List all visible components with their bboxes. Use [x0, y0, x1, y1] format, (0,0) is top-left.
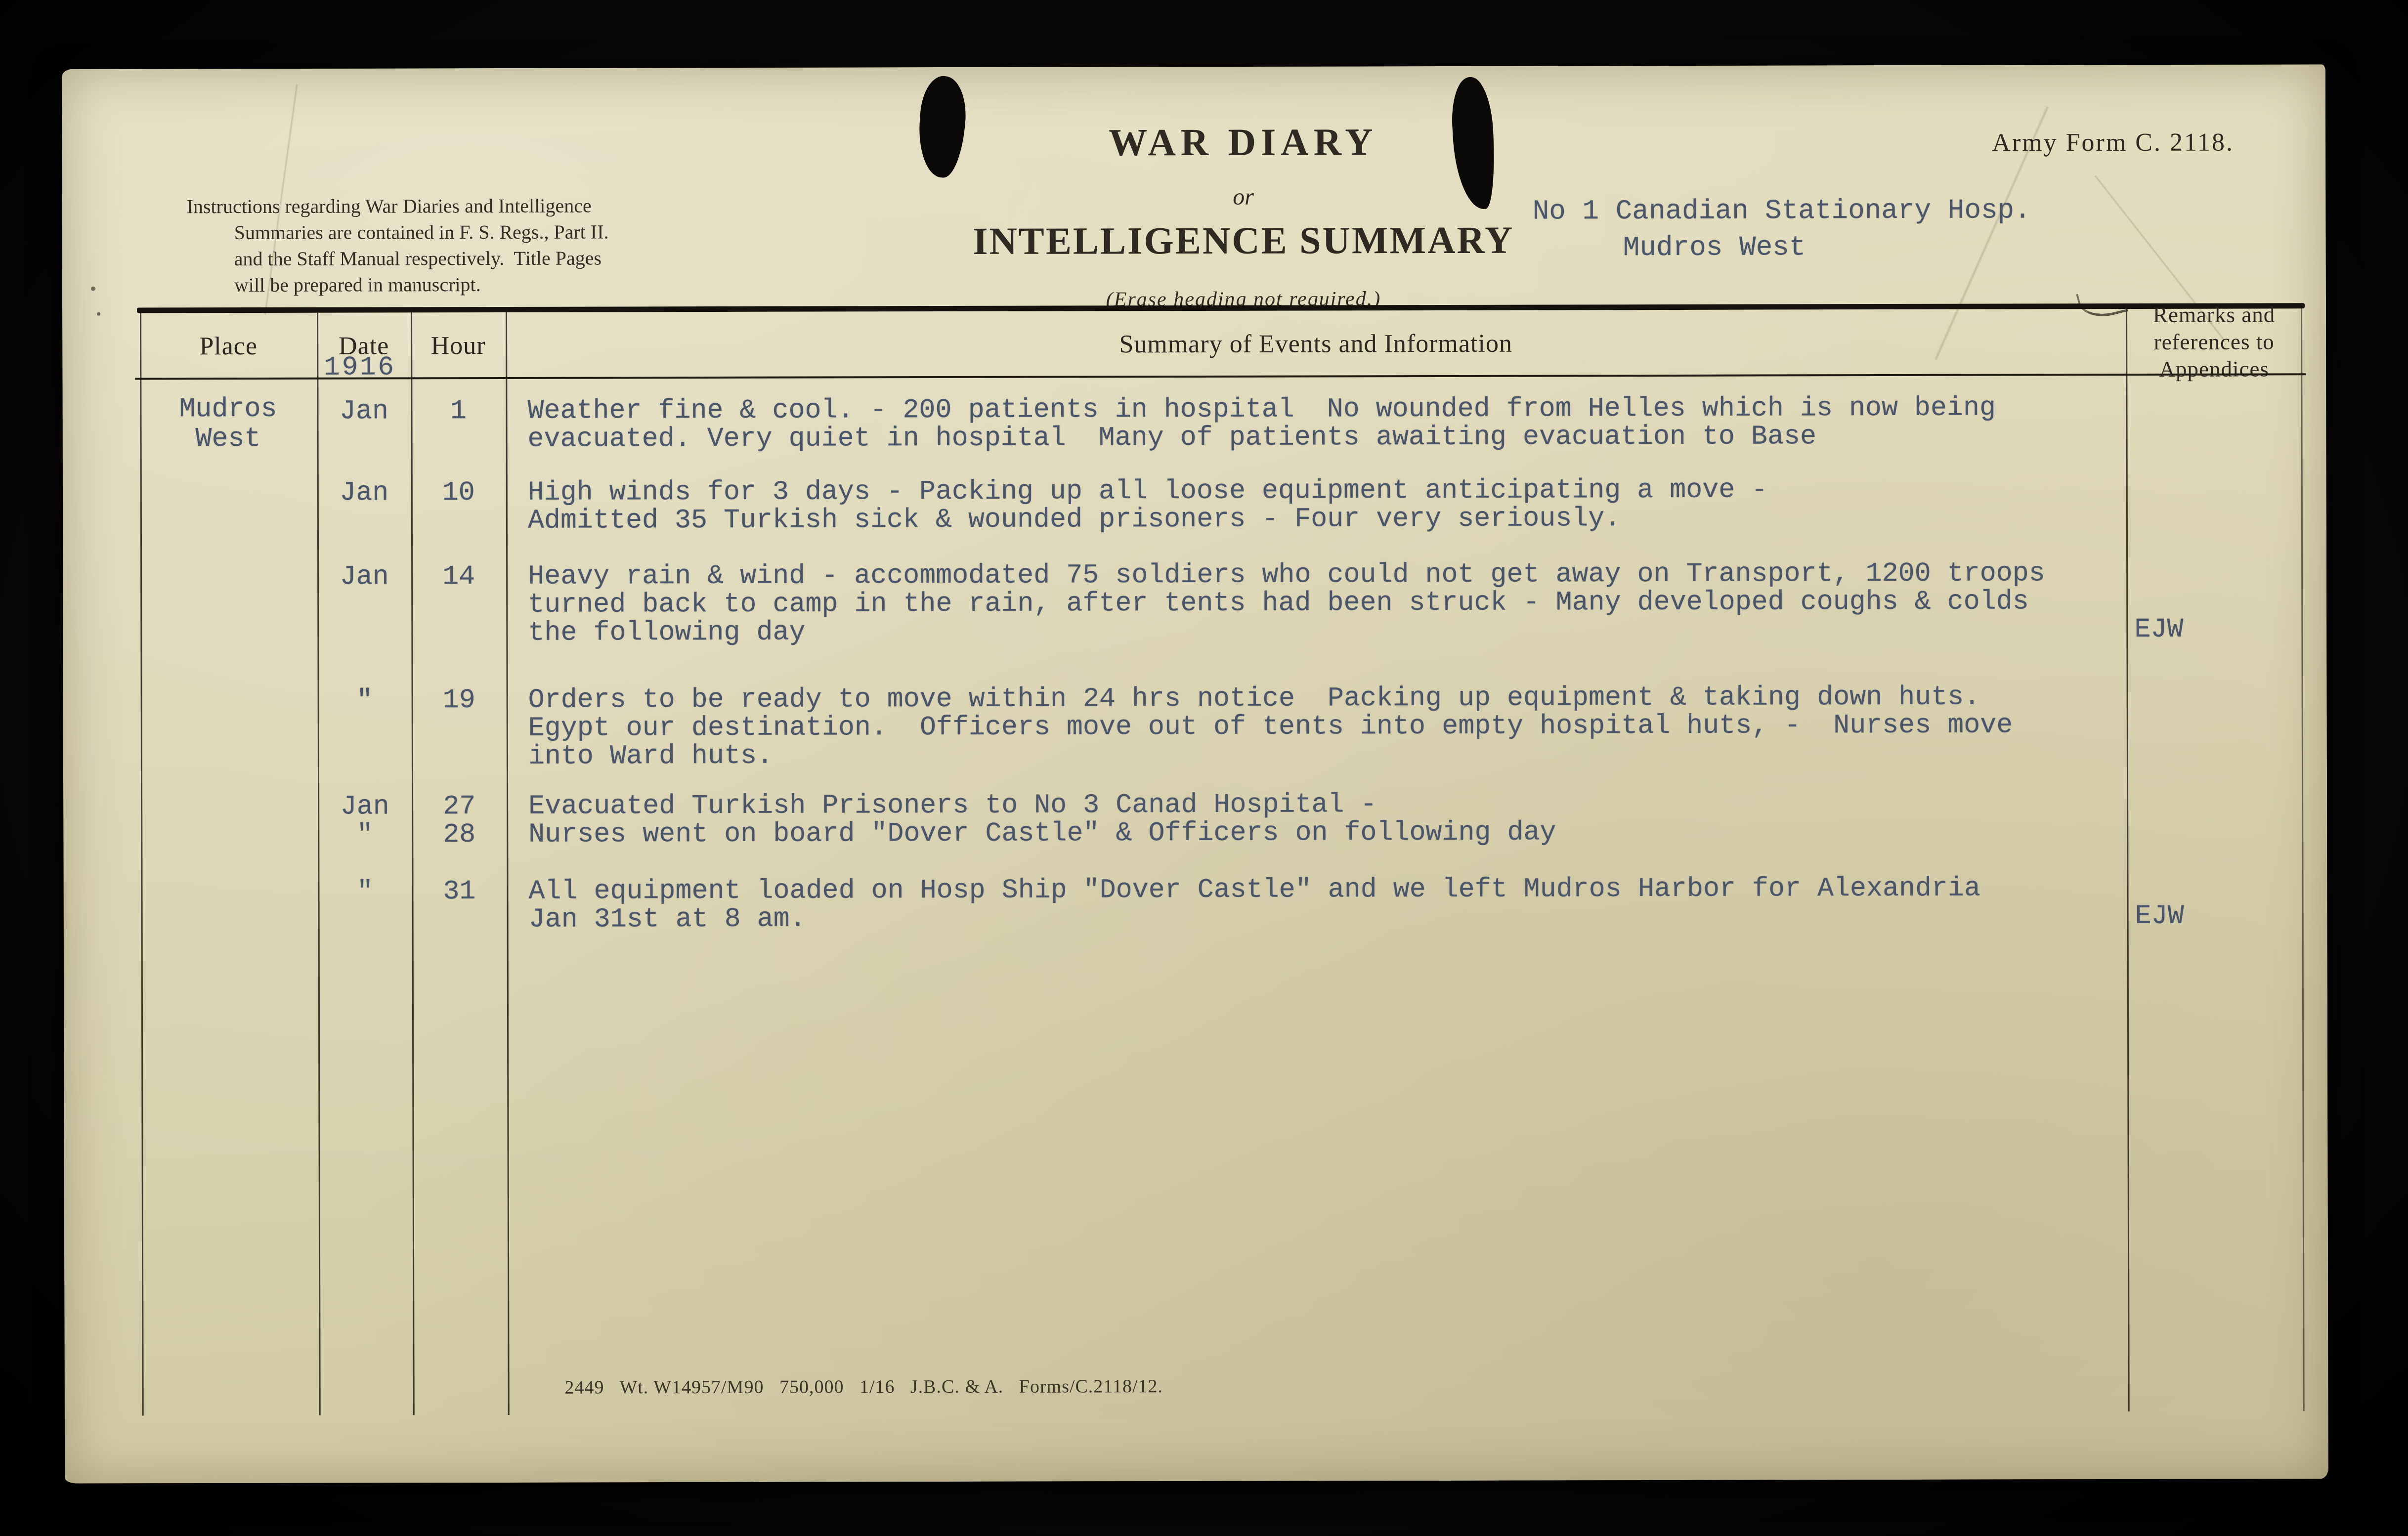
entry-hour: 1: [411, 397, 506, 453]
entry-hour: 31: [412, 877, 507, 934]
summary-line: High winds for 3 days - Packing up all l…: [528, 475, 2126, 507]
entry-date: ": [318, 686, 412, 770]
summary-line: the following day: [528, 615, 2126, 647]
summary-line: Egypt our destination. Officers move out…: [528, 711, 2127, 742]
place-cell: [141, 878, 318, 935]
entry-remark: [2127, 788, 2303, 817]
header-place: Place: [140, 331, 317, 361]
form-subtitle: INTELLIGENCE SUMMARY: [932, 217, 1555, 263]
entry-row: " 31 All equipment loaded on Hosp Ship "…: [141, 873, 2303, 934]
entry-row: Jan 27 Evacuated Turkish Prisoners to No…: [141, 788, 2303, 821]
summary-line: Jan 31st at 8 am.: [529, 902, 2127, 934]
entry-summary: Evacuated Turkish Prisoners to No 3 Cana…: [507, 789, 2127, 820]
entry-summary: Weather fine & cool. - 200 patients in h…: [506, 393, 2126, 453]
header-summary: Summary of Events and Information: [506, 328, 2126, 360]
entry-remark: [2127, 816, 2303, 845]
entry-remark: [2126, 393, 2302, 450]
entry-hour: 28: [412, 820, 507, 849]
instructions-line: will be prepared in manuscript.: [187, 271, 810, 299]
entry-row: Jan 10 High winds for 3 days - Packing u…: [140, 474, 2303, 535]
entry-summary: Orders to be ready to move within 24 hrs…: [507, 683, 2127, 770]
summary-line: evacuated. Very quiet in hospital Many o…: [528, 422, 2126, 453]
entry-remark: EJW: [2126, 558, 2303, 643]
entry-date: Jan: [317, 562, 411, 647]
instructions-block: Instructions regarding War Diaries and I…: [187, 192, 810, 299]
place-cell: [140, 397, 317, 454]
ink-speck: [91, 287, 95, 291]
entry-remark: [2127, 682, 2303, 767]
diary-page: Army Form C. 2118. Instructions regardin…: [62, 64, 2328, 1484]
year-annotation: 1916: [324, 352, 396, 383]
entry-row: Jan 1 Weather fine & cool. - 200 patient…: [140, 393, 2302, 454]
entry-hour: 27: [412, 792, 507, 820]
entry-row: Jan 14 Heavy rain & wind - accommodated …: [140, 558, 2303, 647]
entry-date: ": [318, 820, 412, 849]
summary-line: All equipment loaded on Hosp Ship "Dover…: [528, 874, 2127, 905]
entry-summary: Heavy rain & wind - accommodated 75 sold…: [506, 559, 2126, 647]
entry-hour: 10: [411, 478, 506, 535]
form-title: WAR DIARY: [932, 119, 1554, 165]
entry-hour: 19: [412, 686, 507, 770]
entry-date: Jan: [317, 397, 411, 453]
entry-remark: [2126, 474, 2303, 531]
diary-table: Place Date Hour Summary of Events and In…: [140, 303, 2305, 1415]
entry-remark: EJW: [2127, 873, 2303, 930]
place-cell: [140, 479, 317, 536]
entry-hour: 14: [411, 562, 506, 647]
entry-row: " 19 Orders to be ready to move within 2…: [141, 682, 2303, 771]
army-form-label: Army Form C. 2118.: [1992, 128, 2234, 158]
remarks-header-line: Remarks and: [2126, 301, 2302, 329]
entry-summary: All equipment loaded on Hosp Ship "Dover…: [507, 874, 2127, 934]
summary-line: into Ward huts.: [528, 739, 2127, 770]
place-cell: [140, 563, 317, 648]
summary-line: Weather fine & cool. - 200 patients in h…: [527, 393, 2126, 425]
entry-summary: High winds for 3 days - Packing up all l…: [506, 475, 2126, 535]
place-cell: [141, 821, 318, 850]
entry-row: " 28 Nurses went on board "Dover Castle"…: [141, 816, 2303, 849]
printer-imprint: 2449 Wt. W14957/M90 750,000 1/16 J.B.C. …: [565, 1375, 1163, 1399]
photo-background: Army Form C. 2118. Instructions regardin…: [0, 0, 2408, 1536]
summary-line: turned back to camp in the rain, after t…: [528, 587, 2126, 619]
summary-line: Nurses went on board "Dover Castle" & Of…: [528, 817, 2127, 849]
place-cell: [141, 686, 318, 771]
unit-name: No 1 Canadian Stationary Hosp.: [1533, 194, 2031, 227]
header-remarks: Remarks and references to Appendices: [2126, 301, 2302, 383]
entry-date: Jan: [317, 478, 411, 535]
instructions-line: Instructions regarding War Diaries and I…: [187, 192, 810, 220]
title-block: WAR DIARY or INTELLIGENCE SUMMARY (Erase…: [932, 119, 1555, 312]
table-body: Jan 1 Weather fine & cool. - 200 patient…: [140, 376, 2303, 934]
place-cell: [141, 793, 318, 821]
instructions-line: Summaries are contained in F. S. Regs., …: [187, 218, 810, 246]
instructions-line: and the Staff Manual respectively. Title…: [187, 245, 810, 272]
summary-line: Evacuated Turkish Prisoners to No 3 Cana…: [528, 789, 2127, 820]
title-conjunction: or: [932, 182, 1554, 211]
unit-location: Mudros West: [1623, 231, 1806, 263]
summary-line: Admitted 35 Turkish sick & wounded priso…: [528, 503, 2126, 535]
ink-speck: [97, 312, 100, 316]
entry-summary: Nurses went on board "Dover Castle" & Of…: [507, 817, 2127, 849]
remarks-header-line: references to: [2126, 328, 2302, 356]
entry-date: Jan: [318, 792, 412, 820]
header-hour: Hour: [411, 331, 506, 360]
entry-date: ": [318, 877, 412, 934]
table-header-row: Place Date Hour Summary of Events and In…: [140, 310, 2302, 378]
